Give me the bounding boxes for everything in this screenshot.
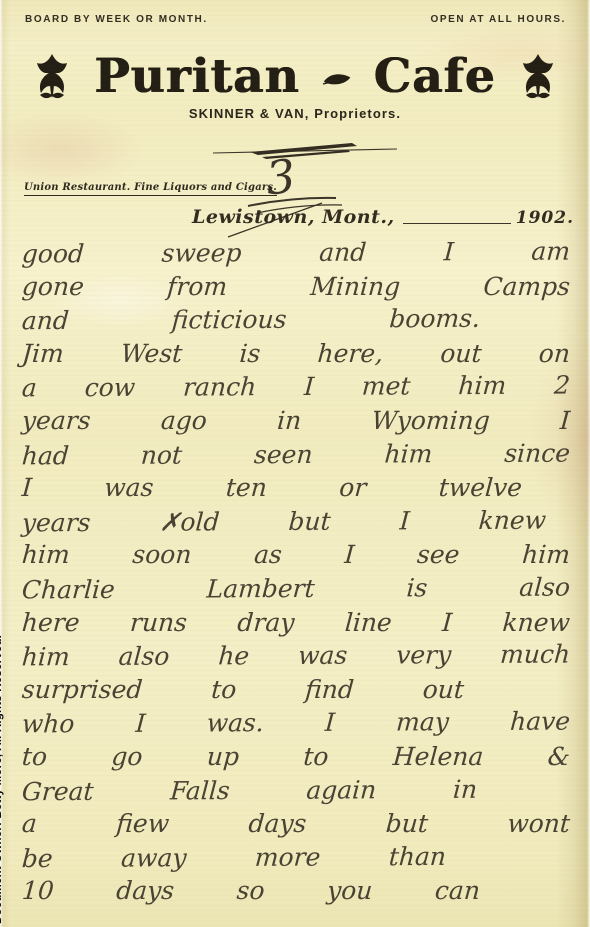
title-cafe: Cafe: [374, 53, 496, 100]
dateline: Lewistown, Mont., 1902.: [192, 206, 574, 228]
leaf-divider-icon: [322, 71, 352, 89]
date-blank-line: [403, 222, 511, 224]
handwriting-line: I was ten or twelve: [21, 471, 523, 505]
handwriting-line: Charlie Lambert is also: [21, 571, 571, 607]
handwriting-line: here runs dray line I knew: [21, 606, 571, 640]
handwriting-line: Great Falls again in: [21, 772, 478, 808]
dateline-year: 1902.: [516, 208, 574, 228]
handwriting-line: and ficticious booms.: [21, 302, 481, 338]
open-all-hours-notice: OPEN AT ALL HOURS.: [431, 14, 566, 25]
title-puritan: Puritan: [94, 53, 299, 100]
handwriting-line: 10 days so you can: [21, 874, 481, 908]
copyright-watermark: Document Owner: Betty More, All Rights R…: [0, 635, 4, 924]
handwriting-line: Jim West is here, out on: [21, 337, 571, 371]
letter-body: good sweep and I am gone from Mining Cam…: [22, 236, 570, 908]
handwriting-line: him soon as I see him: [21, 538, 571, 572]
handwriting-line: surprised to find out: [21, 673, 465, 707]
handwriting-line: him also he was very much: [21, 638, 571, 674]
proprietors-line: SKINNER & VAN, Proprietors.: [0, 106, 590, 121]
handwriting-line: years ago in Wyoming I: [21, 404, 571, 438]
handwriting-line: a cow ranch I met him 2: [21, 369, 571, 405]
dateline-place: Lewistown, Mont.,: [192, 206, 395, 228]
handwriting-line: be away more than: [21, 840, 447, 876]
handwriting-line: to go up to Helena &: [21, 740, 571, 774]
union-restaurant-note: Union Restaurant. Fine Liquors and Cigar…: [24, 182, 277, 196]
handwriting-line: good sweep and I am: [21, 235, 571, 271]
handwritten-page-number: 3: [263, 149, 298, 206]
masthead: Puritan Cafe: [0, 44, 590, 108]
handwriting-line: years ✗old but I knew: [21, 503, 547, 539]
board-by-week-notice: BOARD BY WEEK OR MONTH.: [25, 14, 208, 25]
handwriting-line: who I was. I may have: [21, 705, 571, 741]
handwriting-line: a fiew days but wont: [21, 807, 571, 841]
fleuron-right-icon: [518, 51, 558, 101]
handwriting-line: gone from Mining Camps: [21, 270, 571, 304]
handwriting-line: had not seen him since: [21, 436, 571, 472]
fleuron-left-icon: [32, 51, 72, 101]
letter-page: BOARD BY WEEK OR MONTH. OPEN AT ALL HOUR…: [0, 0, 590, 927]
